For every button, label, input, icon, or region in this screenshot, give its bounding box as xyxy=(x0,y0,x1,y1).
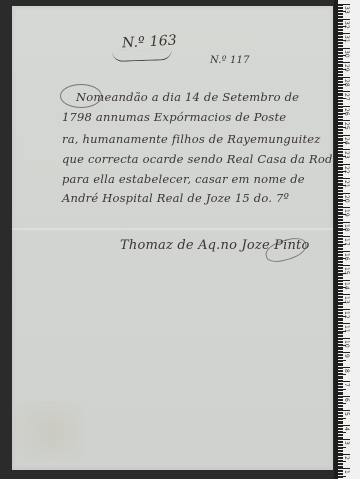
ruler-label: 3 xyxy=(343,441,350,445)
ruler-label: 7 xyxy=(343,383,350,387)
body-line-1: Nomeandão a dia 14 de Setembro de xyxy=(76,90,299,104)
ruler-label: 16 xyxy=(343,253,350,261)
body-line-6: André Hospital Real de Joze 15 do. 7º xyxy=(62,191,289,205)
ruler-label: 33 xyxy=(343,6,350,14)
body-line-5: para ella estabelecer, casar em nome de xyxy=(62,172,305,186)
ruler-label: 9 xyxy=(343,354,350,358)
ruler-label: 30 xyxy=(343,50,350,58)
body-line-4: que correcta ocarde sendo Real Casa da R… xyxy=(62,152,340,166)
ruler-label: 20 xyxy=(343,195,350,203)
ruler-label: 21 xyxy=(343,180,350,188)
ruler-label: 23 xyxy=(343,151,350,159)
ruler-label: 24 xyxy=(343,137,350,145)
paper-stain xyxy=(15,401,85,461)
ruler-label: 18 xyxy=(343,224,350,232)
ruler-label: 29 xyxy=(343,64,350,72)
ruler-label: 14 xyxy=(343,282,350,290)
ruler-label: 2 xyxy=(343,456,350,460)
ruler-label: 31 xyxy=(343,35,350,43)
ruler-label: 13 xyxy=(343,296,350,304)
reference-subnumber: N.º 117 xyxy=(210,55,250,66)
ruler-label: 17 xyxy=(343,238,350,246)
ruler-label: 19 xyxy=(343,209,350,217)
ruler-label: 25 xyxy=(343,122,350,130)
ruler-label: 11 xyxy=(343,325,350,333)
ruler-label: 5 xyxy=(343,412,350,416)
body-line-3: ra, humanamente filhos de Rayemunguitez xyxy=(62,132,321,146)
ruler-label: 1 xyxy=(343,470,350,474)
measurement-ruler: 3332313029282726252423222120191817161514… xyxy=(334,0,360,479)
ruler-label: 8 xyxy=(343,369,350,373)
ruler-label: 32 xyxy=(343,21,350,29)
ruler-label: 10 xyxy=(343,340,350,348)
ruler-label: 28 xyxy=(343,79,350,87)
ruler-label: 15 xyxy=(343,267,350,275)
body-line-2: 1798 annumas Expórmacios de Poste xyxy=(62,110,286,124)
ruler-label: 6 xyxy=(343,398,350,402)
ruler-label: 4 xyxy=(343,427,350,431)
ruler-label: 22 xyxy=(343,166,350,174)
reference-flourish xyxy=(112,49,172,62)
ruler-label: 26 xyxy=(343,108,350,116)
ruler-label: 12 xyxy=(343,311,350,319)
reference-number: N.º 163 xyxy=(122,33,178,52)
ruler-label: 27 xyxy=(343,93,350,101)
